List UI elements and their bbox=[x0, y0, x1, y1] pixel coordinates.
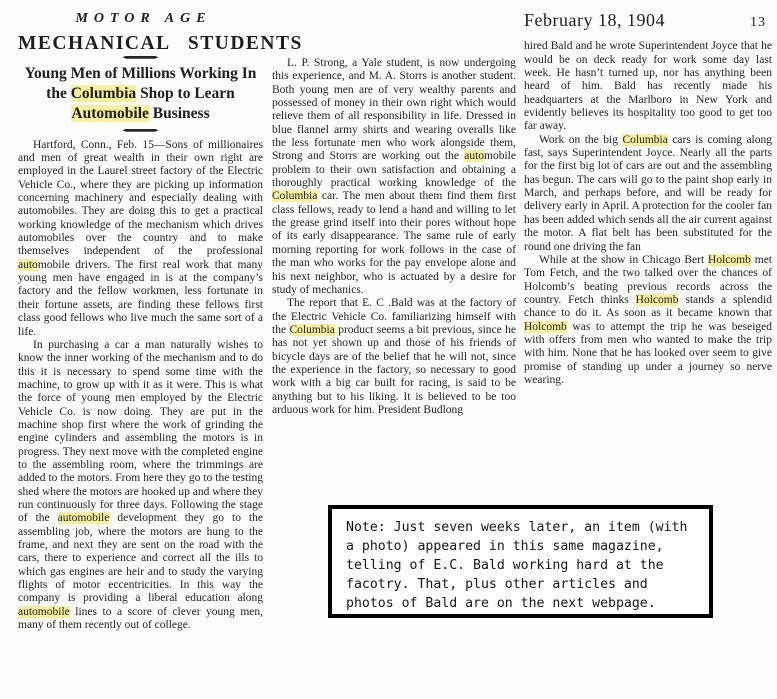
text-run: car. The men about them find them first … bbox=[272, 190, 516, 295]
column-left: MOTOR AGE MECHANICAL STUDENTS Young Men … bbox=[18, 6, 263, 632]
date-header: February 18, 1904 13 bbox=[524, 14, 772, 29]
right-column-body: hired Bald and he wrote Superintendent J… bbox=[524, 40, 772, 387]
highlighted-text: Holcomb bbox=[524, 321, 567, 333]
note-line: telling of E.C. Bald working hard at the bbox=[346, 556, 703, 575]
text-run: development they go to the assembling jo… bbox=[18, 512, 263, 604]
text-run: L. P. Strong, a Yale student, is now und… bbox=[272, 57, 516, 162]
paragraph: Young Men of Millions Working Inthe Colu… bbox=[18, 64, 263, 124]
note-line: facotry. That, plus other articles and bbox=[346, 575, 703, 594]
highlighted-text: Columbia bbox=[622, 134, 667, 146]
paragraph: Hartford, Conn., Feb. 15—Sons of million… bbox=[18, 139, 263, 339]
text-run: Business bbox=[149, 105, 210, 122]
masthead-title: MOTOR AGE bbox=[18, 12, 263, 25]
text-run: Work on the big bbox=[539, 134, 622, 146]
paragraph: In purchasing a car a man naturally wish… bbox=[18, 339, 263, 633]
highlighted-text: Columbia bbox=[71, 85, 136, 102]
text-run: the bbox=[46, 85, 71, 102]
paragraph: While at the show in Chicago Bert Holcom… bbox=[524, 254, 772, 387]
highlighted-text: Automobile bbox=[71, 105, 149, 122]
paragraph: hired Bald and he wrote Superintendent J… bbox=[524, 40, 772, 133]
text-run: In purchasing a car a man naturally wish… bbox=[18, 339, 263, 524]
highlighted-text: Holcomb bbox=[636, 294, 679, 306]
issue-date: February 18, 1904 bbox=[524, 14, 665, 27]
text-run: While at the show in Chicago Bert bbox=[539, 254, 708, 266]
text-run: Shop to Learn bbox=[136, 85, 235, 102]
note-box: Note: Just seven weeks later, an item (w… bbox=[328, 505, 713, 618]
note-line: a photo) appeared in this same magazine, bbox=[346, 537, 703, 556]
column-right: February 18, 1904 13 hired Bald and he w… bbox=[524, 14, 772, 387]
paragraph: L. P. Strong, a Yale student, is now und… bbox=[272, 57, 516, 297]
text-run: Young Men of Millions Working In bbox=[25, 65, 257, 82]
highlighted-text: automobile bbox=[58, 512, 110, 524]
text-run: cars is coming along fast, says Superint… bbox=[524, 134, 772, 253]
paragraph: Work on the big Columbia cars is coming … bbox=[524, 134, 772, 254]
text-run: Hartford, Conn., Feb. 15—Sons of million… bbox=[18, 139, 263, 258]
highlighted-text: Holcomb bbox=[708, 254, 751, 266]
highlighted-text: Columbia bbox=[272, 190, 317, 202]
text-run: hired Bald and he wrote Superintendent J… bbox=[524, 40, 772, 132]
article-headline: MECHANICAL STUDENTS bbox=[18, 37, 263, 50]
ornament-rule-icon bbox=[123, 129, 159, 132]
article-subhead: Young Men of Millions Working Inthe Colu… bbox=[18, 64, 263, 124]
note-line: photos of Bald are on the next webpage. bbox=[346, 594, 703, 613]
middle-column-body: L. P. Strong, a Yale student, is now und… bbox=[272, 57, 516, 417]
highlighted-text: auto bbox=[464, 150, 484, 162]
left-column-body: Hartford, Conn., Feb. 15—Sons of million… bbox=[18, 139, 263, 633]
ornament-rule-icon bbox=[123, 56, 159, 59]
highlighted-text: auto bbox=[18, 259, 38, 271]
highlighted-text: Columbia bbox=[289, 324, 334, 336]
highlighted-text: automobile bbox=[18, 606, 70, 618]
paragraph: The report that E. C .Bald was at the fa… bbox=[272, 297, 516, 417]
magazine-page-scan: MOTOR AGE MECHANICAL STUDENTS Young Men … bbox=[0, 0, 777, 699]
text-run: product seems a bit previous, since he h… bbox=[272, 324, 516, 416]
column-middle: L. P. Strong, a Yale student, is now und… bbox=[272, 57, 516, 417]
note-line: Note: Just seven weeks later, an item (w… bbox=[346, 518, 703, 537]
text-run: mobile drivers. The first real work that… bbox=[18, 259, 263, 338]
page-number: 13 bbox=[750, 16, 766, 29]
